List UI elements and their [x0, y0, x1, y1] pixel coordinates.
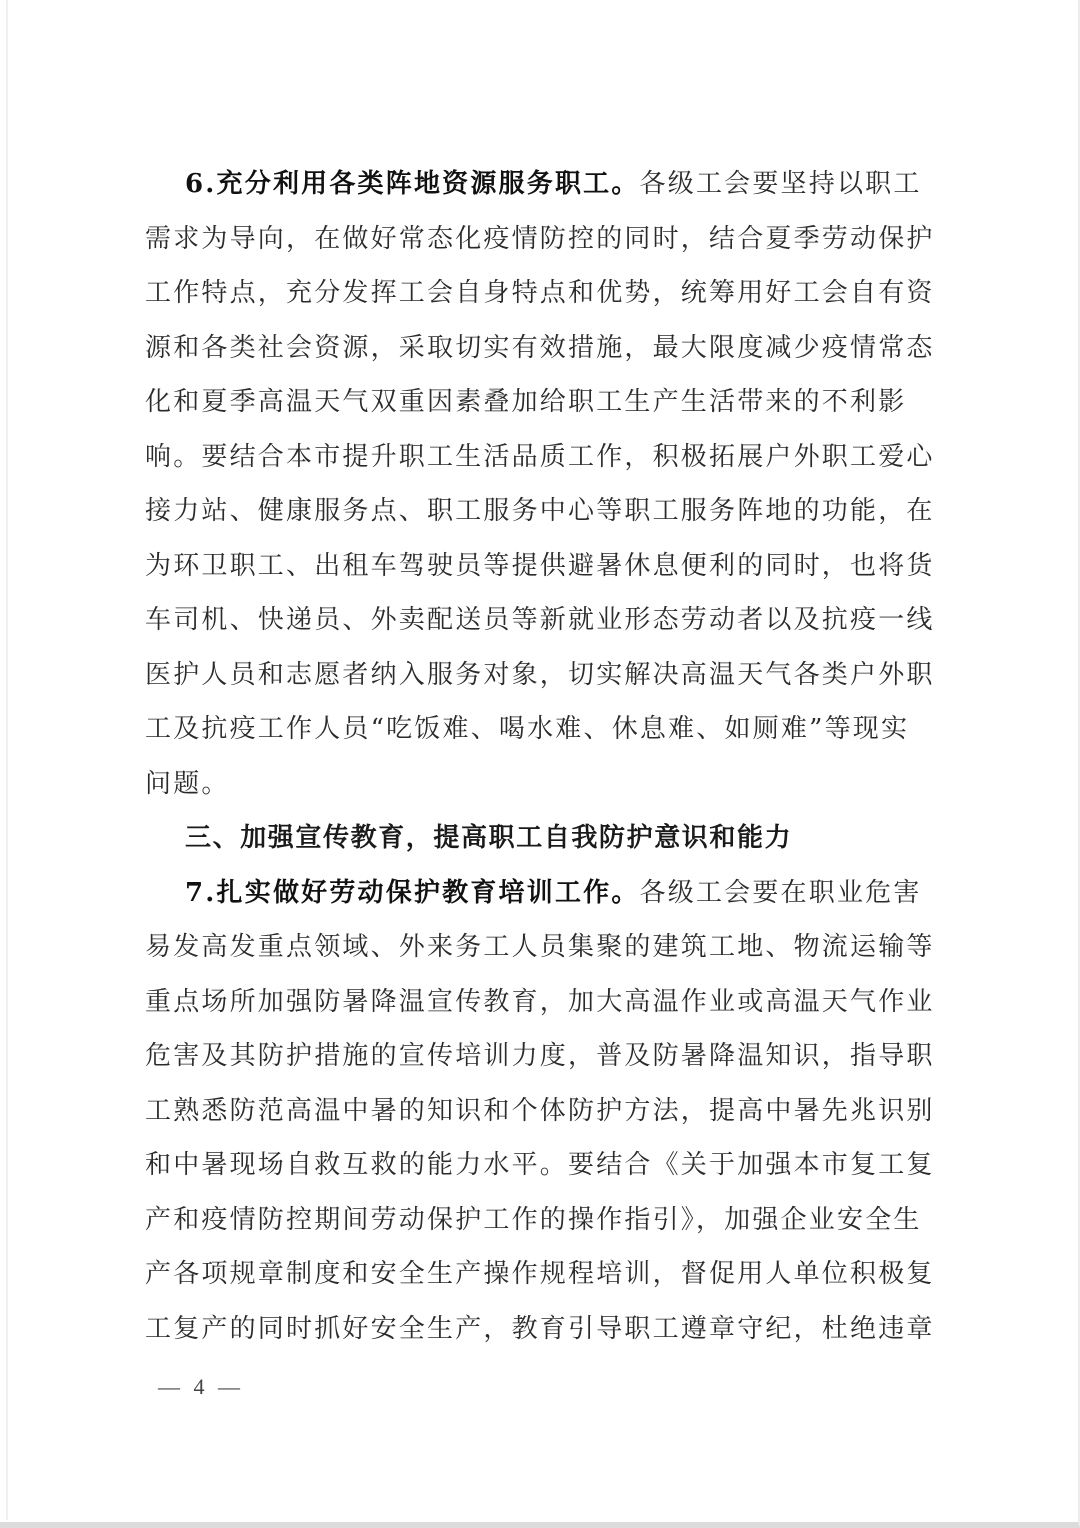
paragraph-6-line: 工作特点，充分发挥工会自身特点和优势，统筹用好工会自有资 — [145, 266, 945, 321]
paragraph-6-line: 源和各类社会资源，采取切实有效措施，最大限度减少疫情常态 — [145, 321, 945, 376]
paragraph-7-lead: 7.扎实做好劳动保护教育培训工作。 — [185, 878, 640, 908]
paragraph-7-line: 工熟悉防范高温中暑的知识和个体防护方法，提高中暑先兆识别 — [145, 1084, 945, 1139]
paragraph-6-line: 医护人员和志愿者纳入服务对象，切实解决高温天气各类户外职 — [145, 648, 945, 703]
paragraph-6-line: 为环卫职工、出租车驾驶员等提供避暑休息便利的同时，也将货 — [145, 539, 945, 594]
paragraph-6-line-1: 6.充分利用各类阵地资源服务职工。各级工会要坚持以职工 — [145, 157, 945, 212]
paragraph-6-line: 化和夏季高温天气双重因素叠加给职工生产生活带来的不利影 — [145, 375, 945, 430]
paragraph-7-line: 产和疫情防控期间劳动保护工作的操作指引》，加强企业安全生 — [145, 1193, 945, 1248]
paragraph-7-line: 危害及其防护措施的宣传培训力度，普及防暑降温知识，指导职 — [145, 1029, 945, 1084]
paragraph-6-line: 车司机、快递员、外卖配送员等新就业形态劳动者以及抗疫一线 — [145, 593, 945, 648]
page-edge-rule — [6, 0, 8, 1520]
paragraph-7-line: 产各项规章制度和安全生产操作规程培训，督促用人单位积极复 — [145, 1247, 945, 1302]
paragraph-6-line: 工及抗疫工作人员“吃饭难、喝水难、休息难、如厕难”等现实 — [145, 702, 945, 757]
paragraph-6-line: 问题。 — [145, 757, 945, 812]
paragraph-7-text: 各级工会要在职业危害 — [640, 878, 922, 908]
page-number: — 4 — — [158, 1374, 244, 1400]
document-page: 6.充分利用各类阵地资源服务职工。各级工会要坚持以职工 需求为导向，在做好常态化… — [0, 0, 1080, 1528]
paragraph-6-line: 接力站、健康服务点、职工服务中心等职工服务阵地的功能，在 — [145, 484, 945, 539]
paragraph-6-line: 需求为导向，在做好常态化疫情防控的同时，结合夏季劳动保护 — [145, 212, 945, 267]
paragraph-6-line: 响。要结合本市提升职工生活品质工作，积极拓展户外职工爱心 — [145, 430, 945, 485]
paragraph-7-line: 工复产的同时抓好安全生产，教育引导职工遵章守纪，杜绝违章 — [145, 1302, 945, 1357]
paragraph-6-text: 各级工会要坚持以职工 — [640, 169, 922, 199]
paragraph-7-line: 和中暑现场自救互救的能力水平。要结合《关于加强本市复工复 — [145, 1138, 945, 1193]
paragraph-7-line: 易发高发重点领域、外来务工人员集聚的建筑工地、物流运输等 — [145, 920, 945, 975]
paragraph-6-lead: 6.充分利用各类阵地资源服务职工。 — [185, 169, 640, 199]
section-heading: 三、加强宣传教育，提高职工自我防护意识和能力 — [145, 811, 945, 866]
document-body: 6.充分利用各类阵地资源服务职工。各级工会要坚持以职工 需求为导向，在做好常态化… — [145, 157, 945, 1356]
paragraph-7-line-1: 7.扎实做好劳动保护教育培训工作。各级工会要在职业危害 — [145, 866, 945, 921]
paragraph-7-line: 重点场所加强防暑降温宣传教育，加大高温作业或高温天气作业 — [145, 975, 945, 1030]
